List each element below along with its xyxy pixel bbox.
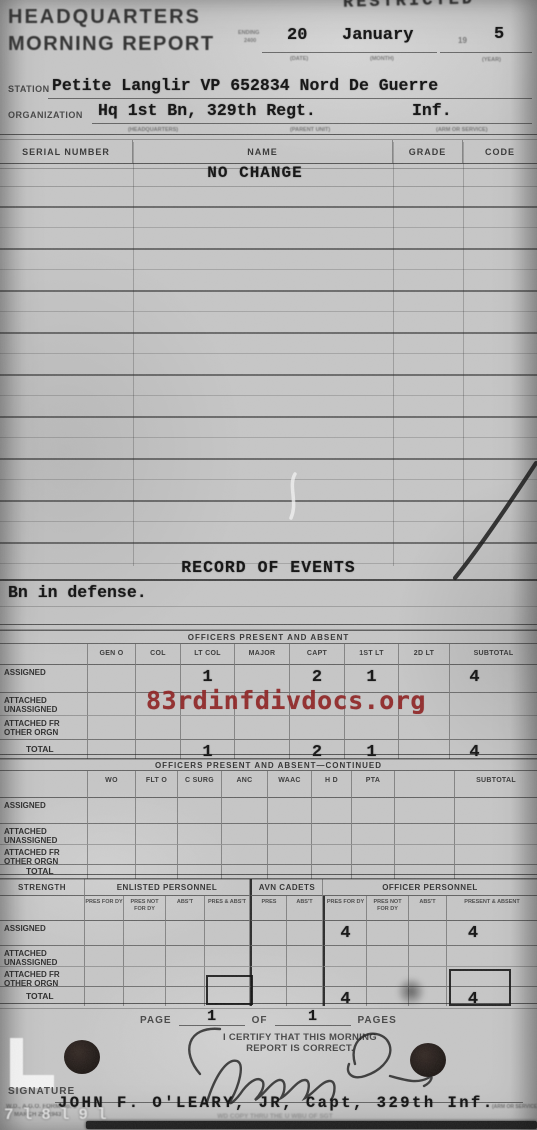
value-cell [352, 845, 395, 865]
value-cell [136, 716, 181, 740]
value-cell [455, 845, 537, 865]
value-cell [409, 946, 447, 967]
column-header: C SURG [178, 771, 222, 798]
row-label: ASSIGNED [0, 921, 85, 946]
organization-value: Hq 1st Bn, 329th Regt. [98, 101, 316, 120]
roster-col-name: NAME [133, 140, 393, 163]
column-header: SUBTOTAL [450, 644, 537, 665]
row-label: ATTACHED FR OTHER ORGN [0, 967, 85, 987]
strength-corner-label: STRENGTH [0, 879, 85, 896]
arm-service-sublabel: (ARM OR SERVICE) [436, 127, 488, 133]
value-cell [395, 845, 455, 865]
value-cell [352, 798, 395, 824]
value-cell [352, 824, 395, 845]
column-header: CAPT [290, 644, 345, 665]
value-cell [323, 967, 367, 987]
roster-col-serial: SERIAL NUMBER [0, 140, 133, 163]
group-header-avn-cadets: AVN CADETS [250, 879, 323, 896]
value-cell [166, 921, 205, 946]
value-cell [455, 798, 537, 824]
value-cell [88, 824, 136, 845]
report-year-value: 5 [494, 25, 504, 44]
value-cell [395, 798, 455, 824]
value-cell [85, 967, 124, 987]
value-cell [85, 946, 124, 967]
corner-artifact-L [10, 1038, 54, 1088]
column-header: PTA [352, 771, 395, 798]
column-header: MAJOR [235, 644, 290, 665]
value-cell [136, 824, 178, 845]
parent-unit-sublabel: (PARENT UNIT) [290, 127, 330, 133]
value-cell [178, 798, 222, 824]
value-cell [312, 845, 352, 865]
officers-continued-table: OFFICERS PRESENT AND ABSENT—CONTINUED WO… [0, 758, 537, 879]
subcolumn-header: PRES & ABS'T [205, 896, 250, 921]
value-cell [312, 824, 352, 845]
morning-report-document: RESTRICTED HEADQUARTERS MORNING REPORT E… [0, 0, 537, 1130]
value-cell [205, 946, 250, 967]
value-cell [367, 921, 409, 946]
value-cell: 4 [323, 921, 367, 946]
value-cell [181, 716, 235, 740]
form-title-morning-report: MORNING REPORT [8, 33, 215, 56]
value-cell [178, 845, 222, 865]
organization-arm-value: Inf. [412, 101, 452, 120]
column-header: 2D LT [399, 644, 450, 665]
subcolumn-header: PRES NOT FOR DY [367, 896, 409, 921]
subcolumn-header: ABS'T [287, 896, 323, 921]
station-underline [48, 98, 532, 99]
month-sublabel: (MONTH) [370, 56, 394, 62]
value-cell [235, 716, 290, 740]
row-label: ATTACHED UNASSIGNED [0, 824, 88, 845]
column-header: 1ST LT [345, 644, 399, 665]
value-cell [323, 946, 367, 967]
value-cell [222, 824, 268, 845]
copy-routing-note: WD COPY THRU THE U WBU OF SGT [170, 1113, 380, 1120]
group-header-officer: OFFICER PERSONNEL [323, 879, 537, 896]
form-title-headquarters: HEADQUARTERS [8, 6, 201, 29]
value-cell [88, 693, 136, 716]
value-cell [178, 824, 222, 845]
column-header: SUBTOTAL [455, 771, 537, 798]
faint-rule [0, 606, 537, 607]
column-header: LT COL [181, 644, 235, 665]
value-cell [287, 921, 323, 946]
value-cell [166, 967, 205, 987]
value-cell [250, 967, 287, 987]
value-cell: 4 [447, 921, 537, 946]
row-label: ASSIGNED [0, 665, 88, 693]
value-cell [287, 946, 323, 967]
column-header [395, 771, 455, 798]
ending-2400-label: 2400 [244, 38, 256, 44]
value-cell [395, 824, 455, 845]
subcolumn-header: PRES [250, 896, 287, 921]
punch-hole [64, 1040, 100, 1074]
row-label: ATTACHED FR OTHER ORGN [0, 845, 88, 865]
year-prefix-printed: 19 [458, 36, 467, 45]
value-cell [268, 798, 312, 824]
restricted-stamp: RESTRICTED [343, 0, 475, 13]
value-cell [250, 946, 287, 967]
year-underline [440, 52, 532, 53]
watermark: 83rdinfdivdocs.org [146, 686, 426, 715]
value-cell [166, 946, 205, 967]
roster-col-code: CODE [463, 140, 537, 163]
ending-label: ENDING [238, 30, 259, 36]
row-label: ASSIGNED [0, 798, 88, 824]
date-sublabel: (DATE) [290, 56, 308, 62]
row-label: ATTACHED UNASSIGNED [0, 946, 85, 967]
roster-entry-no-change: NO CHANGE [160, 164, 350, 182]
column-divider [133, 142, 134, 566]
scratch-artifact [285, 472, 305, 522]
record-of-events-title: RECORD OF EVENTS [0, 558, 537, 577]
subcolumn-header: ABS'T [166, 896, 205, 921]
value-cell [205, 921, 250, 946]
column-header: WO [88, 771, 136, 798]
value-cell [290, 716, 345, 740]
organization-label: ORGANIZATION [8, 110, 83, 120]
value-cell [136, 845, 178, 865]
edge-mark: 9l [78, 1106, 115, 1124]
value-cell [88, 665, 136, 693]
ink-smudge [395, 978, 427, 1005]
station-value: Petite Langlir VP 652834 Nord De Guerre [52, 76, 438, 95]
subcolumn-header: PRES NOT FOR DY [124, 896, 166, 921]
value-cell [447, 946, 537, 967]
corner-cell [0, 896, 85, 921]
record-of-events-rule [0, 579, 537, 581]
column-header: GEN O [88, 644, 136, 665]
value-cell [450, 693, 537, 716]
value-cell [85, 921, 124, 946]
column-header: ANC [222, 771, 268, 798]
row-label: ATTACHED FR OTHER ORGN [0, 716, 88, 740]
subcolumn-header: PRES FOR DY [85, 896, 124, 921]
value-cell [455, 824, 537, 845]
year-sublabel: (YEAR) [482, 57, 501, 63]
corner-cell [0, 644, 88, 665]
value-cell: 4 [450, 665, 537, 693]
report-month-value: January [342, 26, 413, 45]
column-header: FLT O [136, 771, 178, 798]
value-cell [268, 824, 312, 845]
value-cell [88, 716, 136, 740]
drawn-empty-box [206, 975, 253, 1005]
value-cell [345, 716, 399, 740]
report-day-value: 20 [287, 26, 307, 45]
value-cell [124, 921, 166, 946]
date-underline [262, 52, 437, 53]
table-title: OFFICERS PRESENT AND ABSENT—CONTINUED [0, 758, 537, 771]
value-cell [124, 946, 166, 967]
value-cell [222, 845, 268, 865]
subcolumn-header: ABS'T [409, 896, 447, 921]
station-label: STATION [8, 84, 50, 94]
bleed-through-marks: 7l8l9l [4, 1106, 116, 1124]
table-title: OFFICERS PRESENT AND ABSENT [0, 630, 537, 644]
value-cell [88, 798, 136, 824]
row-label: ATTACHED UNASSIGNED [0, 693, 88, 716]
typed-officer-name: JOHN F. O'LEARY, JR, Capt, 329th Inf. [58, 1094, 495, 1112]
roster-header: SERIAL NUMBER NAME GRADE CODE [0, 140, 537, 163]
value-cell [222, 798, 268, 824]
value-cell [287, 967, 323, 987]
record-of-events-entry: Bn in defense. [8, 583, 147, 602]
value-cell [399, 716, 450, 740]
value-cell [450, 716, 537, 740]
group-header-enlisted: ENLISTED PERSONNEL [85, 879, 250, 896]
value-cell [367, 946, 409, 967]
roster-col-grade: GRADE [393, 140, 463, 163]
subcolumn-header: PRES FOR DY [323, 896, 367, 921]
column-header: COL [136, 644, 181, 665]
corner-cell [0, 771, 88, 798]
arm-service-note: (ARM OR SERVICE) [492, 1104, 537, 1110]
value-cell [124, 967, 166, 987]
value-cell [409, 921, 447, 946]
edge-mark: 8l [41, 1106, 78, 1124]
headquarters-sublabel: (HEADQUARTERS) [128, 127, 178, 133]
column-divider [393, 142, 394, 566]
value-cell [312, 798, 352, 824]
value-cell [268, 845, 312, 865]
value-cell [136, 798, 178, 824]
column-header: H D [312, 771, 352, 798]
subcolumn-header: PRESENT & ABSENT [447, 896, 537, 921]
edge-mark: 7l [4, 1106, 41, 1124]
value-cell [250, 921, 287, 946]
organization-underline [92, 123, 532, 124]
value-cell [88, 845, 136, 865]
drawn-total-box [449, 969, 511, 1006]
column-header: WAAC [268, 771, 312, 798]
bottom-edge-artifact-bar [86, 1121, 537, 1129]
